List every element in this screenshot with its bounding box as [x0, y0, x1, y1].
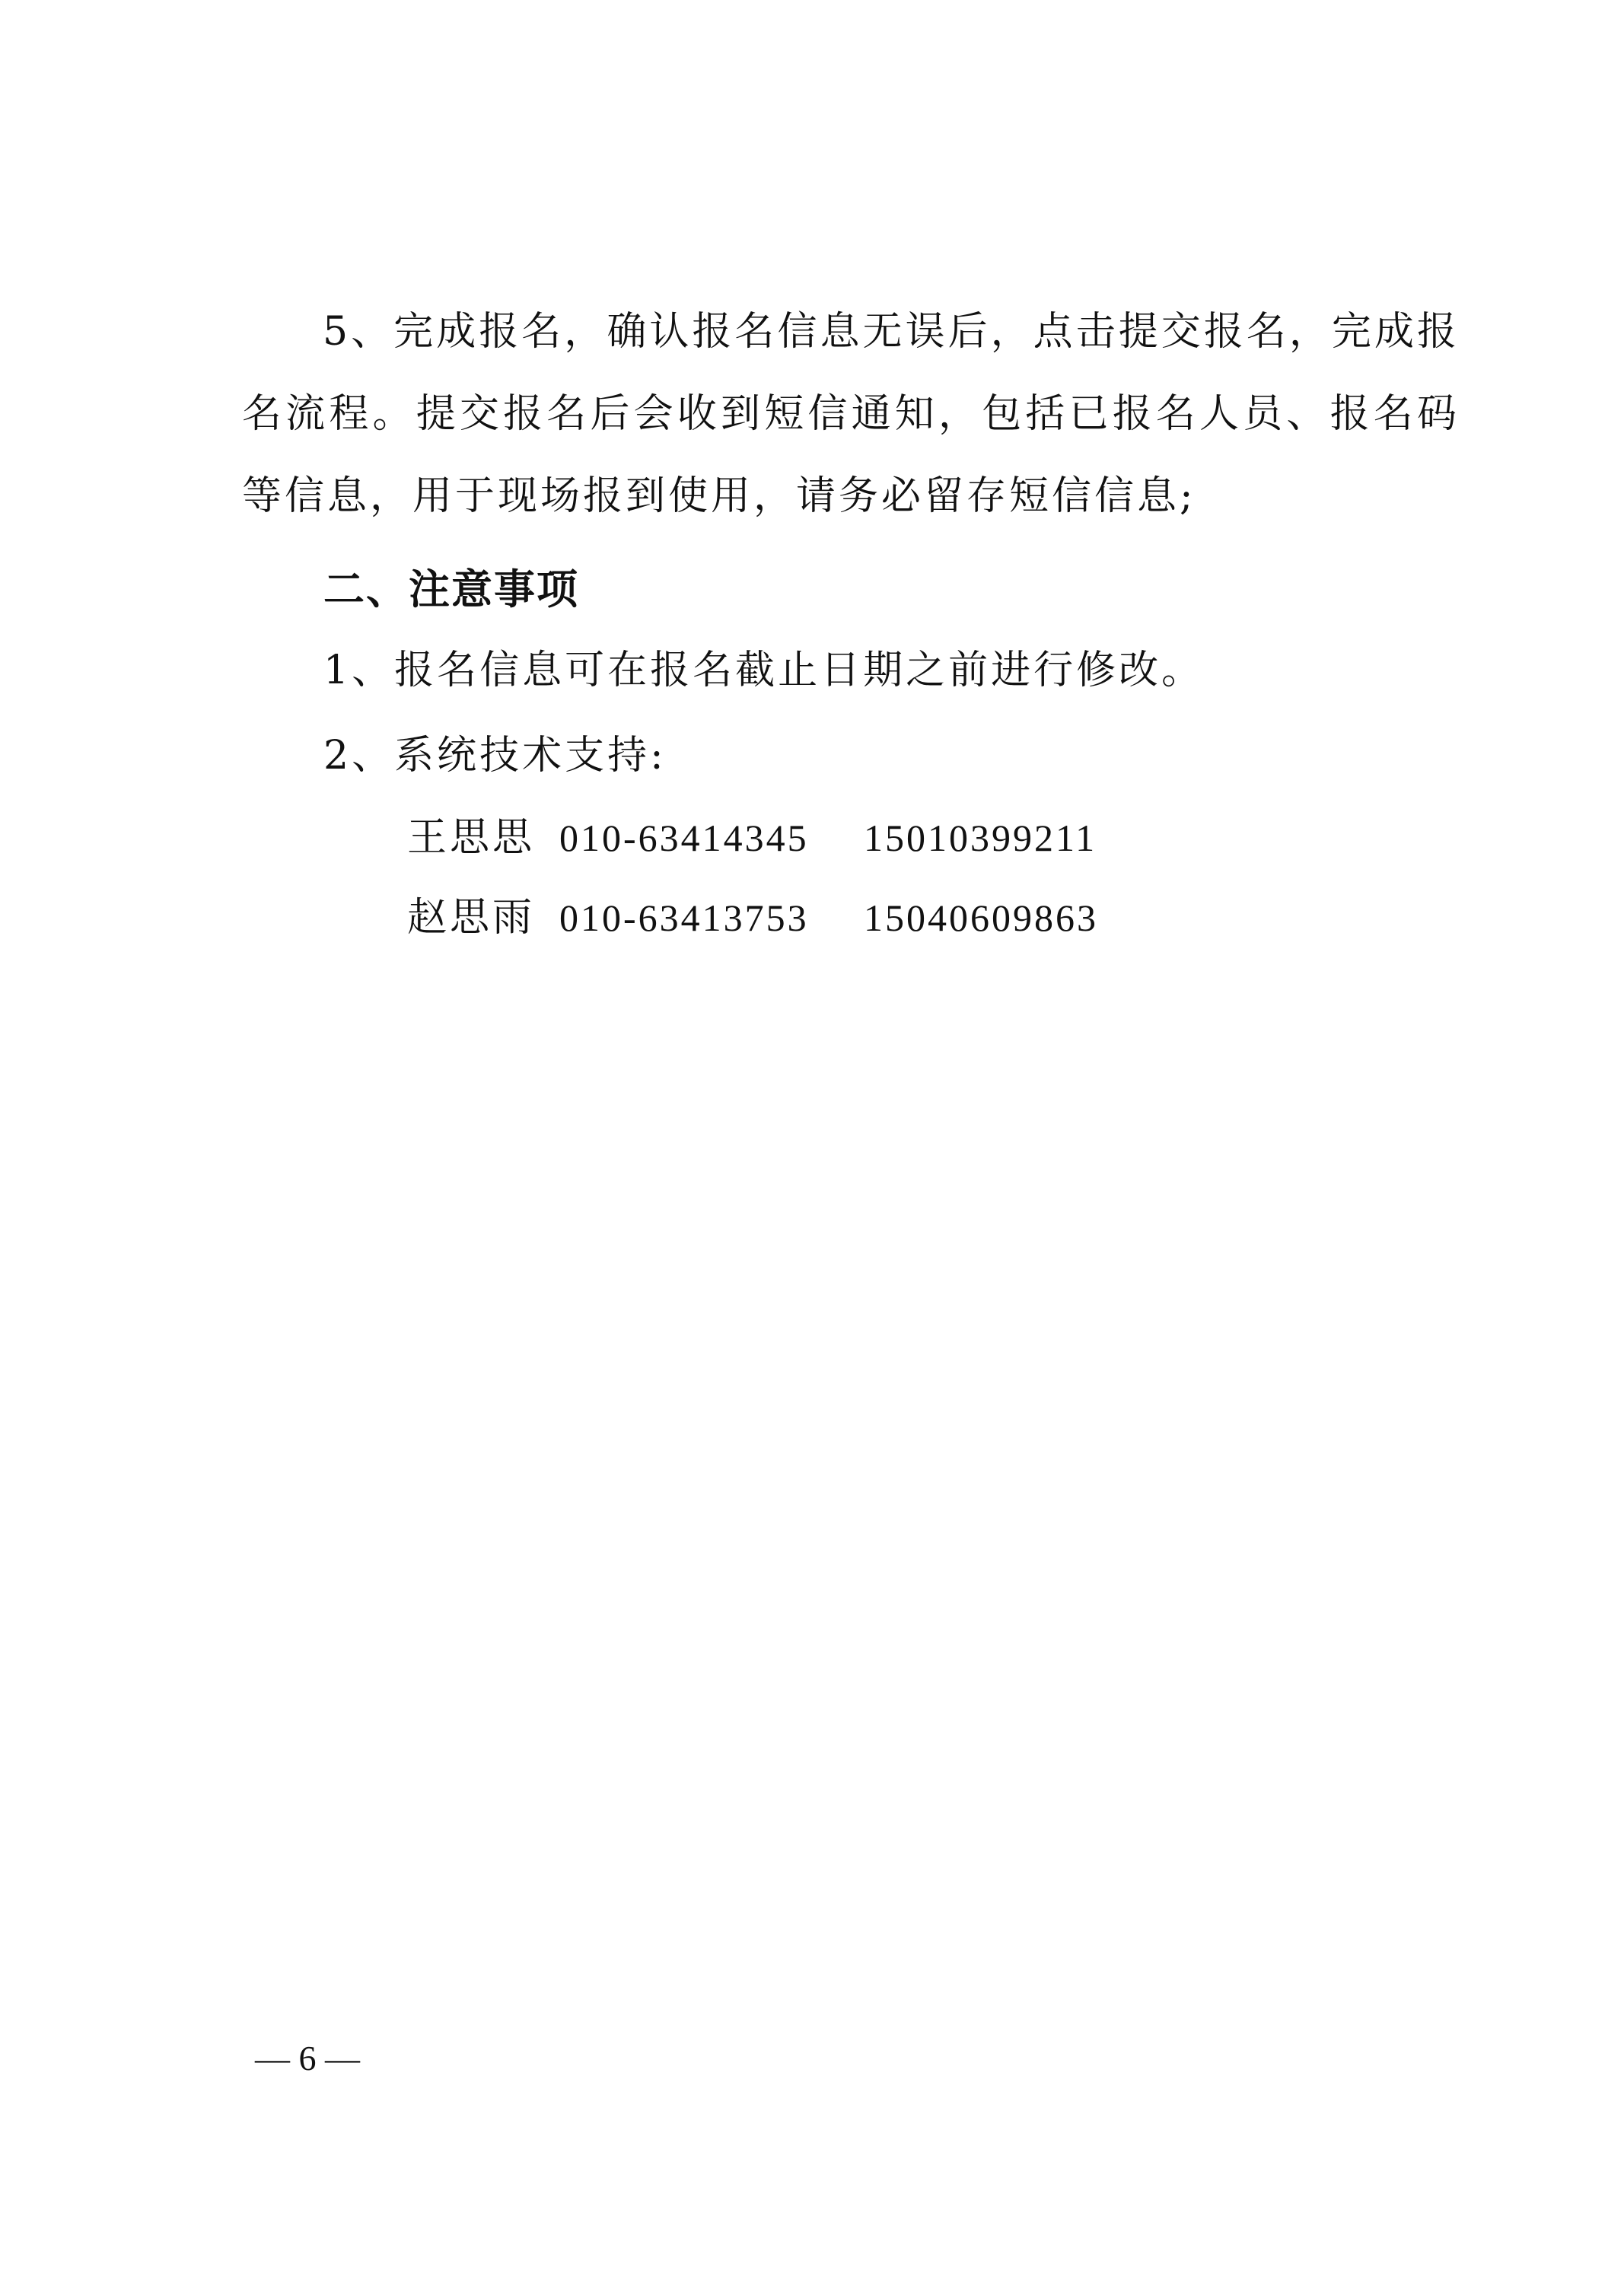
- contact-row: 王思思010-6341434515010399211: [407, 805, 1097, 862]
- contact-mobile: 15010399211: [864, 816, 1097, 860]
- contact-row: 赵思雨010-6341375315040609863: [407, 885, 1098, 942]
- contact-tel: 010-63414345: [559, 816, 864, 860]
- note-item-1: 1、报名信息可在报名截止日期之前进行修改。: [323, 638, 1204, 695]
- contact-mobile: 15040609863: [864, 896, 1098, 940]
- paragraph-step-5-text: 5、完成报名，确认报名信息无误后，点击提交报名，完成报名流程。提交报名后会收到短…: [242, 309, 1460, 519]
- note-item-2: 2、系统技术支持:: [323, 723, 667, 780]
- section-heading-notes: 二、注意事项: [323, 557, 579, 616]
- document-page: 5、完成报名，确认报名信息无误后，点击提交报名，完成报名流程。提交报名后会收到短…: [0, 0, 1624, 2283]
- contact-name: 王思思: [407, 805, 559, 862]
- contact-tel: 010-63413753: [559, 896, 864, 940]
- page-number: — 6 —: [255, 2038, 360, 2078]
- paragraph-step-5: 5、完成报名，确认报名信息无误后，点击提交报名，完成报名流程。提交报名后会收到短…: [242, 291, 1460, 537]
- contact-name: 赵思雨: [407, 885, 559, 942]
